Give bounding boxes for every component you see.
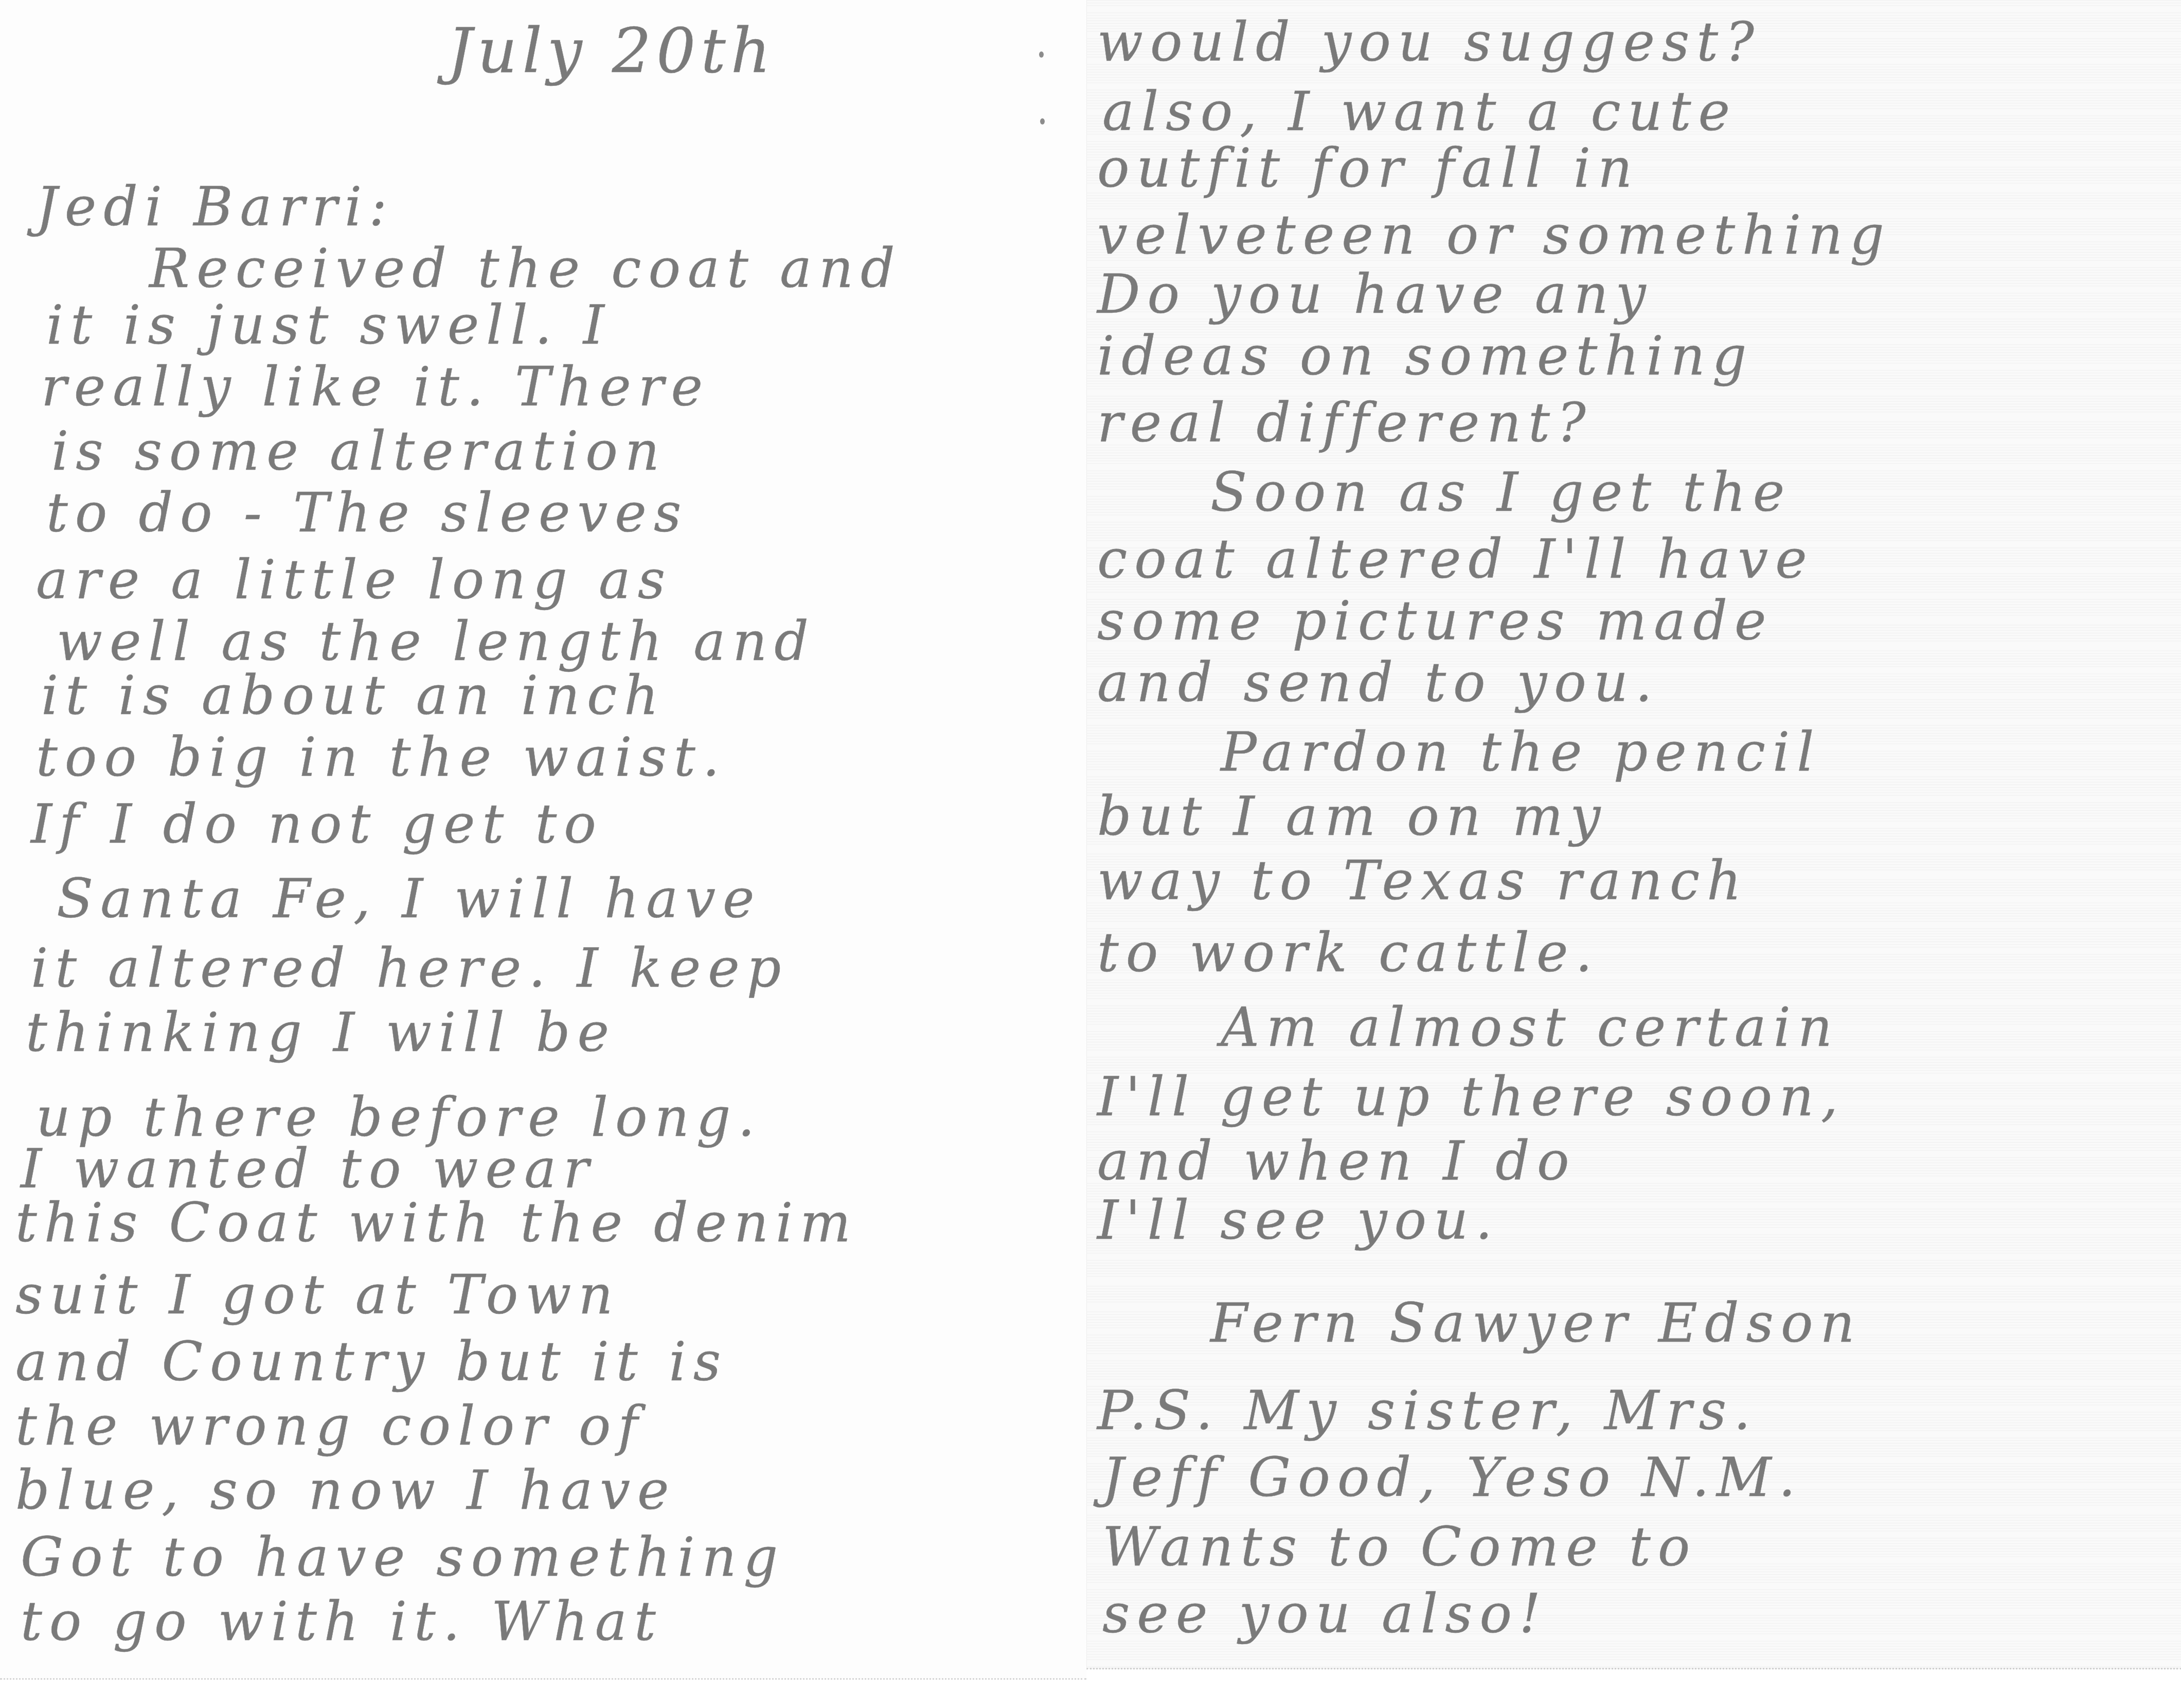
letter-scan: July 20th Jedi Barri: Received the coat … (0, 0, 2181, 1708)
letter-line: would you suggest? (1097, 15, 1761, 69)
letter-line: well as the length and (57, 615, 816, 668)
letter-line: way to Texas ranch (1097, 854, 1748, 908)
letter-line: it is just swell. I (46, 298, 612, 352)
letter-line: and send to you. (1097, 656, 1659, 709)
letter-line: velveteen or something (1097, 208, 1891, 262)
postscript-line: Jeff Good, Yeso N.M. (1102, 1451, 1802, 1504)
letter-date: July 20th (448, 21, 776, 82)
letter-line: to work cattle. (1097, 926, 1600, 980)
letter-line: suit I got at Town (15, 1268, 620, 1322)
letter-line: coat altered I'll have (1097, 532, 1814, 586)
letter-line: Received the coat and (149, 242, 902, 295)
letter-line: If I do not get to (31, 797, 603, 851)
postscript-line: see you also! (1102, 1587, 1548, 1641)
letter-line: it altered here. I keep (31, 941, 788, 995)
letter-line: and Country but it is (15, 1335, 728, 1389)
postscript-line: P.S. My sister, Mrs. (1097, 1384, 1758, 1437)
letter-line: Soon as I get the (1210, 466, 1792, 519)
letter-line: Do you have any (1097, 268, 1653, 321)
letter-line: Am almost certain (1221, 1001, 1839, 1054)
signature: Fern Sawyer Edson (1210, 1296, 1862, 1350)
letter-line: the wrong color of (15, 1399, 645, 1453)
letter-line: really like it. There (41, 360, 710, 414)
letter-line: I wanted to wear (21, 1142, 596, 1196)
letter-line: to go with it. What (21, 1595, 663, 1648)
letter-line: this Coat with the denim (15, 1196, 858, 1250)
letter-line: ideas on something (1097, 329, 1754, 383)
letter-line: real different? (1097, 396, 1593, 450)
letter-page-right: would you suggest? also, I want a cute o… (1086, 0, 2181, 1669)
letter-line: are a little long as (36, 553, 672, 607)
salutation: Jedi Barri: (36, 180, 394, 234)
letter-line: is some alteration (51, 424, 667, 478)
letter-line: some pictures made (1097, 594, 1774, 648)
letter-line: it is about an inch (41, 669, 666, 722)
letter-line: thinking I will be (26, 1006, 616, 1059)
letter-line: and when I do (1097, 1134, 1577, 1188)
letter-line: to do - The sleeves (46, 486, 688, 540)
letter-page-left: July 20th Jedi Barri: Received the coat … (0, 0, 1086, 1680)
letter-line: outfit for fall in (1097, 141, 1639, 195)
letter-line: Got to have something (21, 1531, 785, 1584)
letter-line: I'll see you. (1097, 1194, 1499, 1247)
postscript-line: Wants to Come to (1102, 1520, 1697, 1574)
pencil-mark (1040, 118, 1045, 124)
letter-line: too big in the waist. (36, 731, 727, 784)
letter-line: I'll get up there soon, (1097, 1070, 1845, 1124)
letter-line: Santa Fe, I will have (57, 872, 762, 926)
letter-line: blue, so now I have (15, 1464, 676, 1517)
letter-line: also, I want a cute (1102, 85, 1737, 138)
letter-line: up there before long. (36, 1091, 762, 1144)
letter-line: but I am on my (1097, 790, 1607, 843)
letter-line: Pardon the pencil (1221, 725, 1821, 779)
pencil-mark (1039, 51, 1044, 58)
